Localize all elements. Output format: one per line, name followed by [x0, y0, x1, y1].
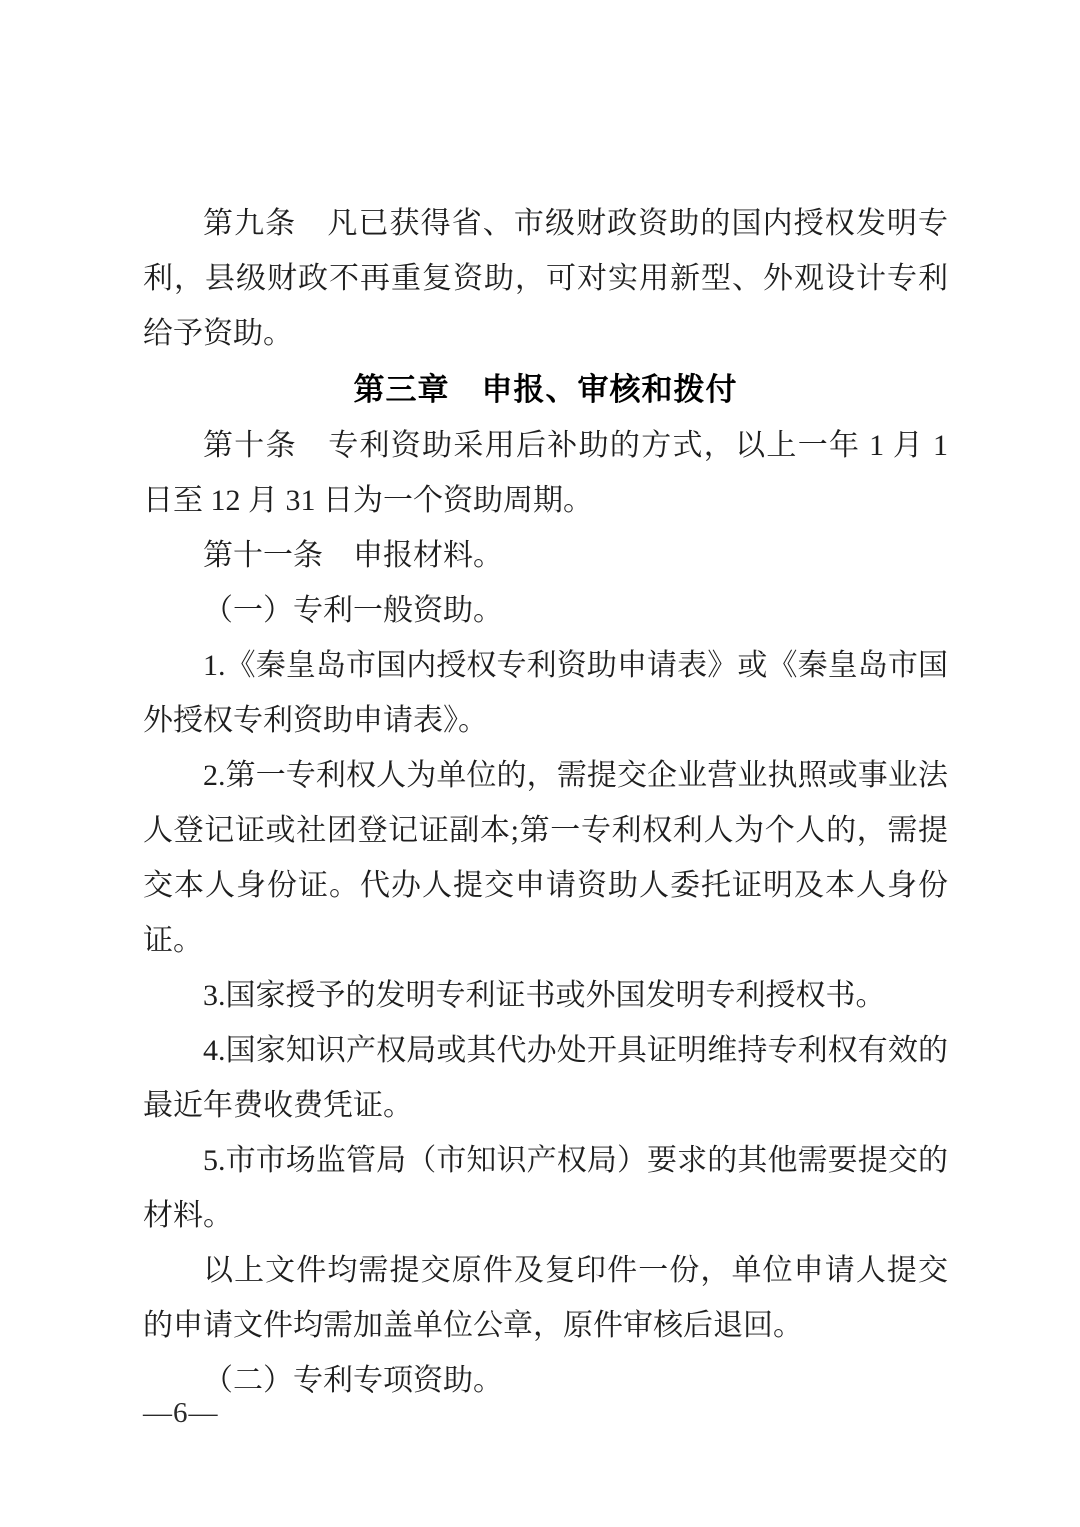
para-article-9: 第九条 凡已获得省、市级财政资助的国内授权发明专利，县级财政不再重复资助，可对实…	[143, 196, 948, 361]
para-article-11: 第十一条 申报材料。	[143, 528, 948, 583]
para-material-5: 5.市市场监管局（市知识产权局）要求的其他需要提交的材料。	[143, 1133, 948, 1243]
para-submission-note: 以上文件均需提交原件及复印件一份，单位申请人提交的申请文件均需加盖单位公章，原件…	[143, 1243, 948, 1353]
page-number: —6—	[143, 1393, 219, 1433]
para-item-1-general-subsidy: （一）专利一般资助。	[143, 583, 948, 638]
chapter-3-heading: 第三章 申报、审核和拨付	[143, 361, 948, 418]
para-material-3: 3.国家授予的发明专利证书或外国发明专利授权书。	[143, 968, 948, 1023]
document-body: 第九条 凡已获得省、市级财政资助的国内授权发明专利，县级财政不再重复资助，可对实…	[143, 196, 948, 1408]
para-item-2-special-subsidy: （二）专利专项资助。	[143, 1353, 948, 1408]
para-material-1: 1.《秦皇岛市国内授权专利资助申请表》或《秦皇岛市国外授权专利资助申请表》。	[143, 638, 948, 748]
para-material-4: 4.国家知识产权局或其代办处开具证明维持专利权有效的最近年费收费凭证。	[143, 1023, 948, 1133]
document-page: 第九条 凡已获得省、市级财政资助的国内授权发明专利，县级财政不再重复资助，可对实…	[0, 0, 1080, 1527]
para-material-2: 2.第一专利权人为单位的，需提交企业营业执照或事业法人登记证或社团登记证副本;第…	[143, 748, 948, 968]
para-article-10: 第十条 专利资助采用后补助的方式，以上一年 1 月 1 日至 12 月 31 日…	[143, 418, 948, 528]
